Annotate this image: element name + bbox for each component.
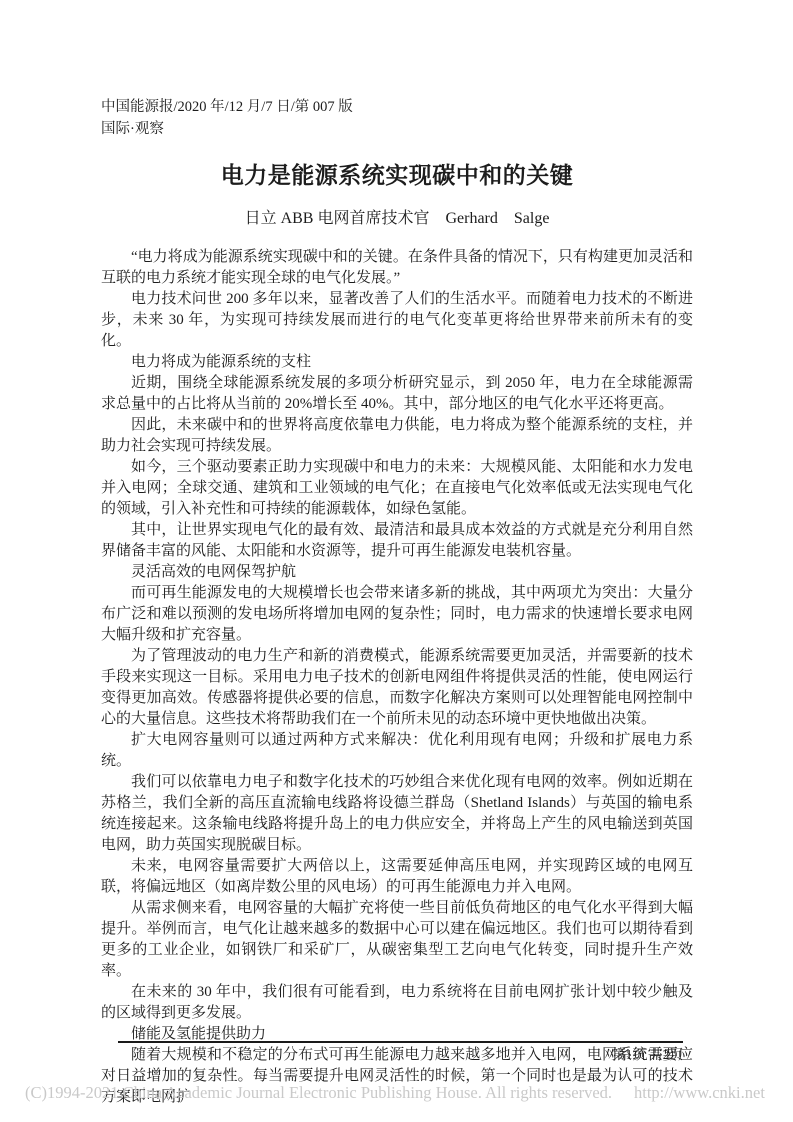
cnki-url: http://www.cnki.net <box>634 1083 765 1102</box>
paragraph: 如今，三个驱动要素正助力实现碳中和电力的未来：大规模风能、太阳能和水力发电并入电… <box>101 457 693 520</box>
page-content: 中国能源报/2020 年/12 月/7 日/第 007 版 国际·观察 电力是能… <box>101 0 693 1108</box>
article-body: “电力将成为能源系统实现碳中和的关键。在条件具备的情况下，只有构建更加灵活和互联… <box>101 247 693 1108</box>
paragraph: 而可再生能源发电的大规模增长也会带来诸多新的挑战，其中两项尤为突出：大量分布广泛… <box>101 583 693 646</box>
copyright-notice: (C)1994-2021 China Academic Journal Elec… <box>25 1083 612 1102</box>
source-line: 中国能源报/2020 年/12 月/7 日/第 007 版 <box>101 97 693 119</box>
article-meta: 中国能源报/2020 年/12 月/7 日/第 007 版 国际·观察 <box>101 97 693 140</box>
paragraph-quote: “电力将成为能源系统实现碳中和的关键。在条件具备的情况下，只有构建更加灵活和互联… <box>101 247 693 289</box>
paragraph: 因此，未来碳中和的世界将高度依靠电力供能，电力将成为整个能源系统的支柱，并助力社… <box>101 415 693 457</box>
paragraph: 在未来的 30 年中，我们很有可能看到，电力系统将在目前电网扩张计划中较少触及的… <box>101 982 693 1024</box>
paragraph: 未来，电网容量需要扩大两倍以上，这需要延伸高压电网，并实现跨区域的电网互联，将偏… <box>101 856 693 898</box>
paragraph: 其中，让世界实现电气化的最有效、最清洁和最具成本效益的方式就是充分利用自然界储备… <box>101 520 693 562</box>
page-indicator: 第1页 共2页 <box>118 1046 683 1064</box>
paragraph: 电力技术问世 200 多年以来，显著改善了人们的生活水平。而随着电力技术的不断进… <box>101 289 693 352</box>
paragraph: 扩大电网容量则可以通过两种方式来解决：优化利用现有电网；升级和扩展电力系统。 <box>101 730 693 772</box>
document-page: { "header": { "source_line": "中国能源报/2020… <box>0 0 793 1122</box>
paragraph: 近期，围绕全球能源系统发展的多项分析研究显示，到 2050 年，电力在全球能源需… <box>101 373 693 415</box>
watermark: (C)1994-2021 China Academic Journal Elec… <box>25 1083 765 1103</box>
paragraph: 为了管理波动的电力生产和新的消费模式，能源系统需要更加灵活，并需要新的技术手段来… <box>101 646 693 730</box>
section-heading: 电力将成为能源系统的支柱 <box>101 352 693 373</box>
paragraph: 从需求侧来看，电网容量的大幅扩充将使一些目前低负荷地区的电气化水平得到大幅提升。… <box>101 898 693 982</box>
section-heading: 灵活高效的电网保驾护航 <box>101 562 693 583</box>
paragraph: 我们可以依靠电力电子和数字化技术的巧妙组合来优化现有电网的效率。例如近期在苏格兰… <box>101 772 693 856</box>
footer-divider <box>118 1041 683 1043</box>
article-title: 电力是能源系统实现碳中和的关键 <box>101 161 693 191</box>
article-byline: 日立 ABB 电网首席技术官 Gerhard Salge <box>101 208 693 230</box>
section-line: 国际·观察 <box>101 119 693 141</box>
